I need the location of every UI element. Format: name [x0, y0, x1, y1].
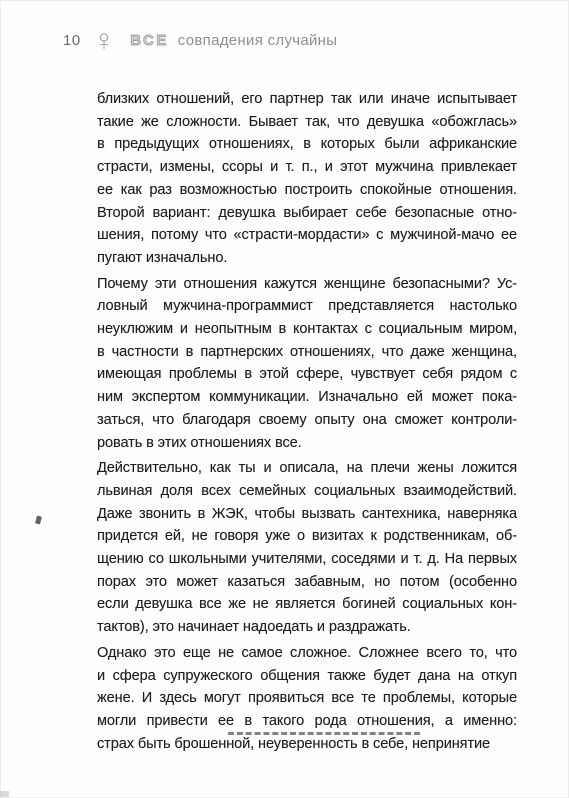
text-line: заться, что благодаря своему опыту она с… — [97, 409, 517, 432]
text-line: неуклюжим и неопытным в контактах с соци… — [97, 318, 517, 341]
text-line: могли привести ее в такого рода отношени… — [97, 710, 517, 733]
body-text-block: близких отношений, его партнер так или и… — [97, 88, 517, 758]
text-line: ровать в этих отношениях все. — [97, 432, 517, 455]
text-line: тактов), это начинает надоедать и раздра… — [97, 616, 517, 639]
text-line: придется ей, не говоря уже о визитах к р… — [97, 525, 517, 548]
text-line: пугают изначально. — [97, 247, 517, 270]
text-line: такие же сложности. Бывает так, что деву… — [97, 111, 517, 134]
text-line: имеющая проблемы в этой сфере, чувствует… — [97, 363, 517, 386]
female-symbol-icon: ♀ — [93, 26, 116, 56]
text-line: жене. И здесь могут проявиться все те пр… — [97, 687, 517, 710]
text-line: шения, потому что «страсти-мордасти» с м… — [97, 224, 517, 247]
text-line: если девушка все же не является богиней … — [97, 593, 517, 616]
text-line: львиная доля всех семейных социальных вз… — [97, 480, 517, 503]
text-line: в предыдущих отношениях, в которых были … — [97, 133, 517, 156]
page-number: 10 — [63, 32, 81, 49]
text-line: и сфера супружеского общения также будет… — [97, 665, 517, 688]
text-line: страсти, измены, ссоры и т. п., и этот м… — [97, 156, 517, 179]
text-line: близких отношений, его партнер так или и… — [97, 88, 517, 111]
paragraph: Почему эти отношения кажутся женщине без… — [97, 273, 517, 455]
paragraph: близких отношений, его партнер так или и… — [97, 88, 517, 270]
text-line: в частности в партнерских отношениях, чт… — [97, 341, 517, 364]
text-line: Второй вариант: девушка выбирает себе бе… — [97, 202, 517, 225]
text-line: Почему эти отношения кажутся женщине без… — [97, 273, 517, 296]
text-line: ним экспертом коммуникации. Изначально е… — [97, 386, 517, 409]
text-line: ловный мужчина-программист представляетс… — [97, 295, 517, 318]
header-title-rest: совпадения случайны — [178, 32, 338, 49]
text-line: порах это может казаться забавным, но по… — [97, 571, 517, 594]
running-header: 10 ♀ ВСЕ совпадения случайны — [63, 22, 337, 58]
paragraph: Действительно, как ты и описала, на плеч… — [97, 457, 517, 639]
text-line: ее как раз возможностью построить спокой… — [97, 179, 517, 202]
paragraph: Однако это еще не самое сложное. Сложнее… — [97, 642, 517, 756]
header-title-emphasis: ВСЕ — [130, 32, 169, 49]
text-line: Однако это еще не самое сложное. Сложнее… — [97, 642, 517, 665]
text-line: страх быть брошенной, неуверенность в се… — [97, 733, 517, 756]
scan-speck-artifact — [35, 516, 42, 525]
scan-corner-smudge — [0, 791, 9, 797]
text-line: щению со школьными учителями, соседями и… — [97, 548, 517, 571]
text-line: Действительно, как ты и описала, на плеч… — [97, 457, 517, 480]
book-page: 10 ♀ ВСЕ совпадения случайны близких отн… — [0, 0, 569, 798]
scan-dashed-line-artifact — [228, 732, 420, 735]
text-line: Даже звонить в ЖЭК, чтобы вызвать сантех… — [97, 503, 517, 526]
